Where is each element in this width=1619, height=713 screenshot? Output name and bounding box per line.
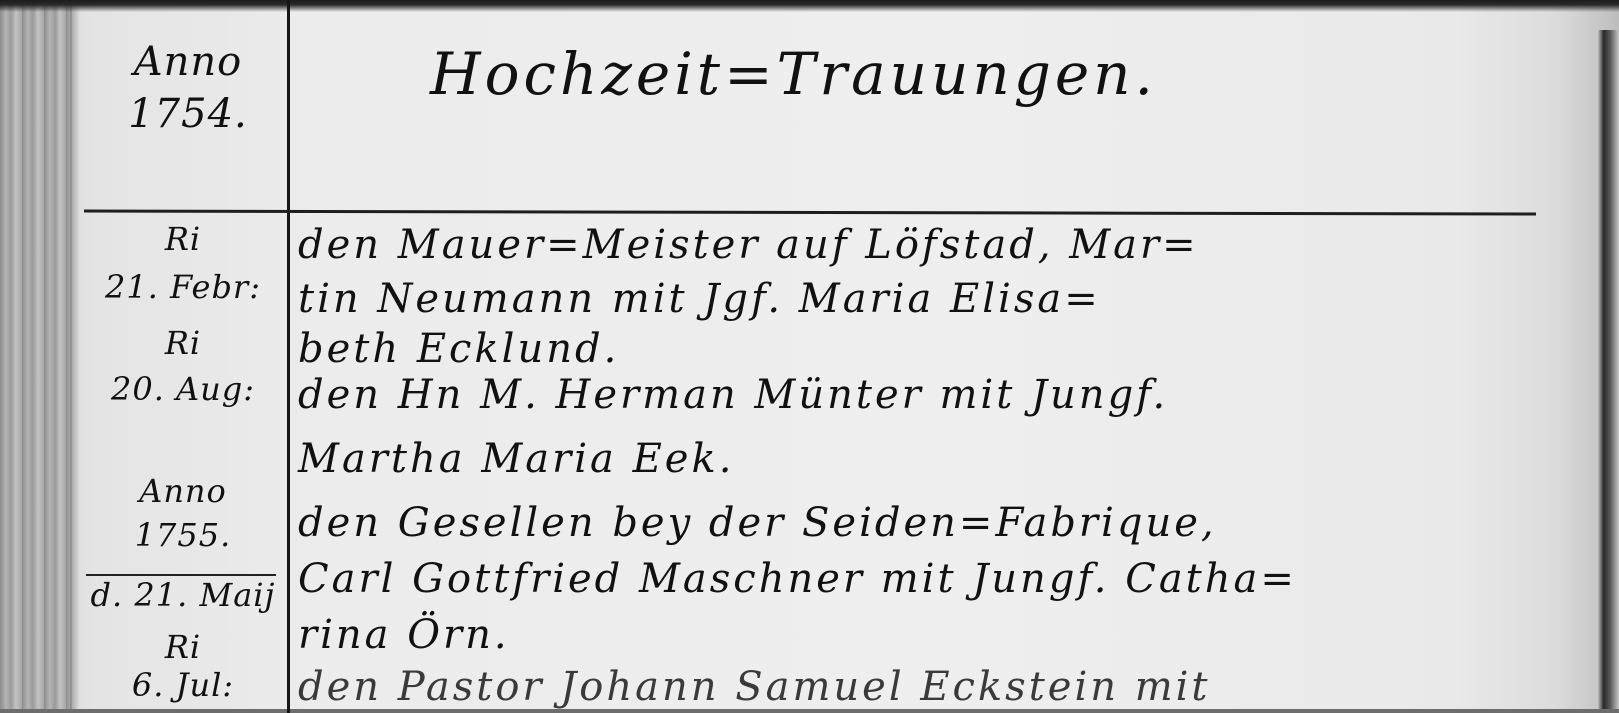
top-edge-shadow — [0, 0, 1619, 12]
register-page-scan: Anno 1754. Hochzeit=Trauungen. Ri 21. Fe… — [0, 0, 1619, 713]
entry-3-year-label: Anno — [88, 474, 278, 508]
header-year-label: Anno — [108, 40, 268, 84]
entry-1-marker: Ri — [88, 222, 278, 256]
entry-1-line-3: beth Ecklund. — [298, 326, 619, 372]
entry-2-line-1: den Hn M. Herman Münter mit Jungf. — [298, 372, 1168, 418]
entry-4-line-1: den Pastor Johann Samuel Eckstein mit — [298, 664, 1211, 710]
entry-3-line-1: den Gesellen bey der Seiden=Fabrique, — [298, 500, 1217, 546]
book-binding — [0, 0, 72, 713]
entry-3-line-2: Carl Gottfried Maschner mit Jungf. Catha… — [298, 556, 1297, 602]
entry-4-marker: Ri — [88, 630, 278, 664]
entry-2-date: 20. Aug: — [88, 372, 278, 406]
entry-3-date: d. 21. Maij — [88, 578, 278, 612]
entry-2-marker: Ri — [88, 326, 278, 360]
page-title: Hochzeit=Trauungen. — [430, 40, 1157, 108]
date-column-divider — [287, 0, 290, 713]
header-rule — [84, 209, 1536, 215]
entry-2-line-2: Martha Maria Eek. — [298, 436, 734, 482]
entry-3-line-3: rina Örn. — [298, 612, 510, 658]
entry-1-line-2: tin Neumann mit Jgf. Maria Elisa= — [298, 276, 1101, 322]
entry-4-date: 6. Jul: — [88, 668, 278, 702]
entry-1-line-1: den Mauer=Meister auf Löfstad, Mar= — [298, 222, 1199, 268]
page-right-edge — [1597, 30, 1619, 713]
entry-1-date: 21. Febr: — [88, 270, 278, 304]
entry-3-year: 1755. — [88, 518, 278, 552]
header-year: 1754. — [108, 92, 268, 136]
